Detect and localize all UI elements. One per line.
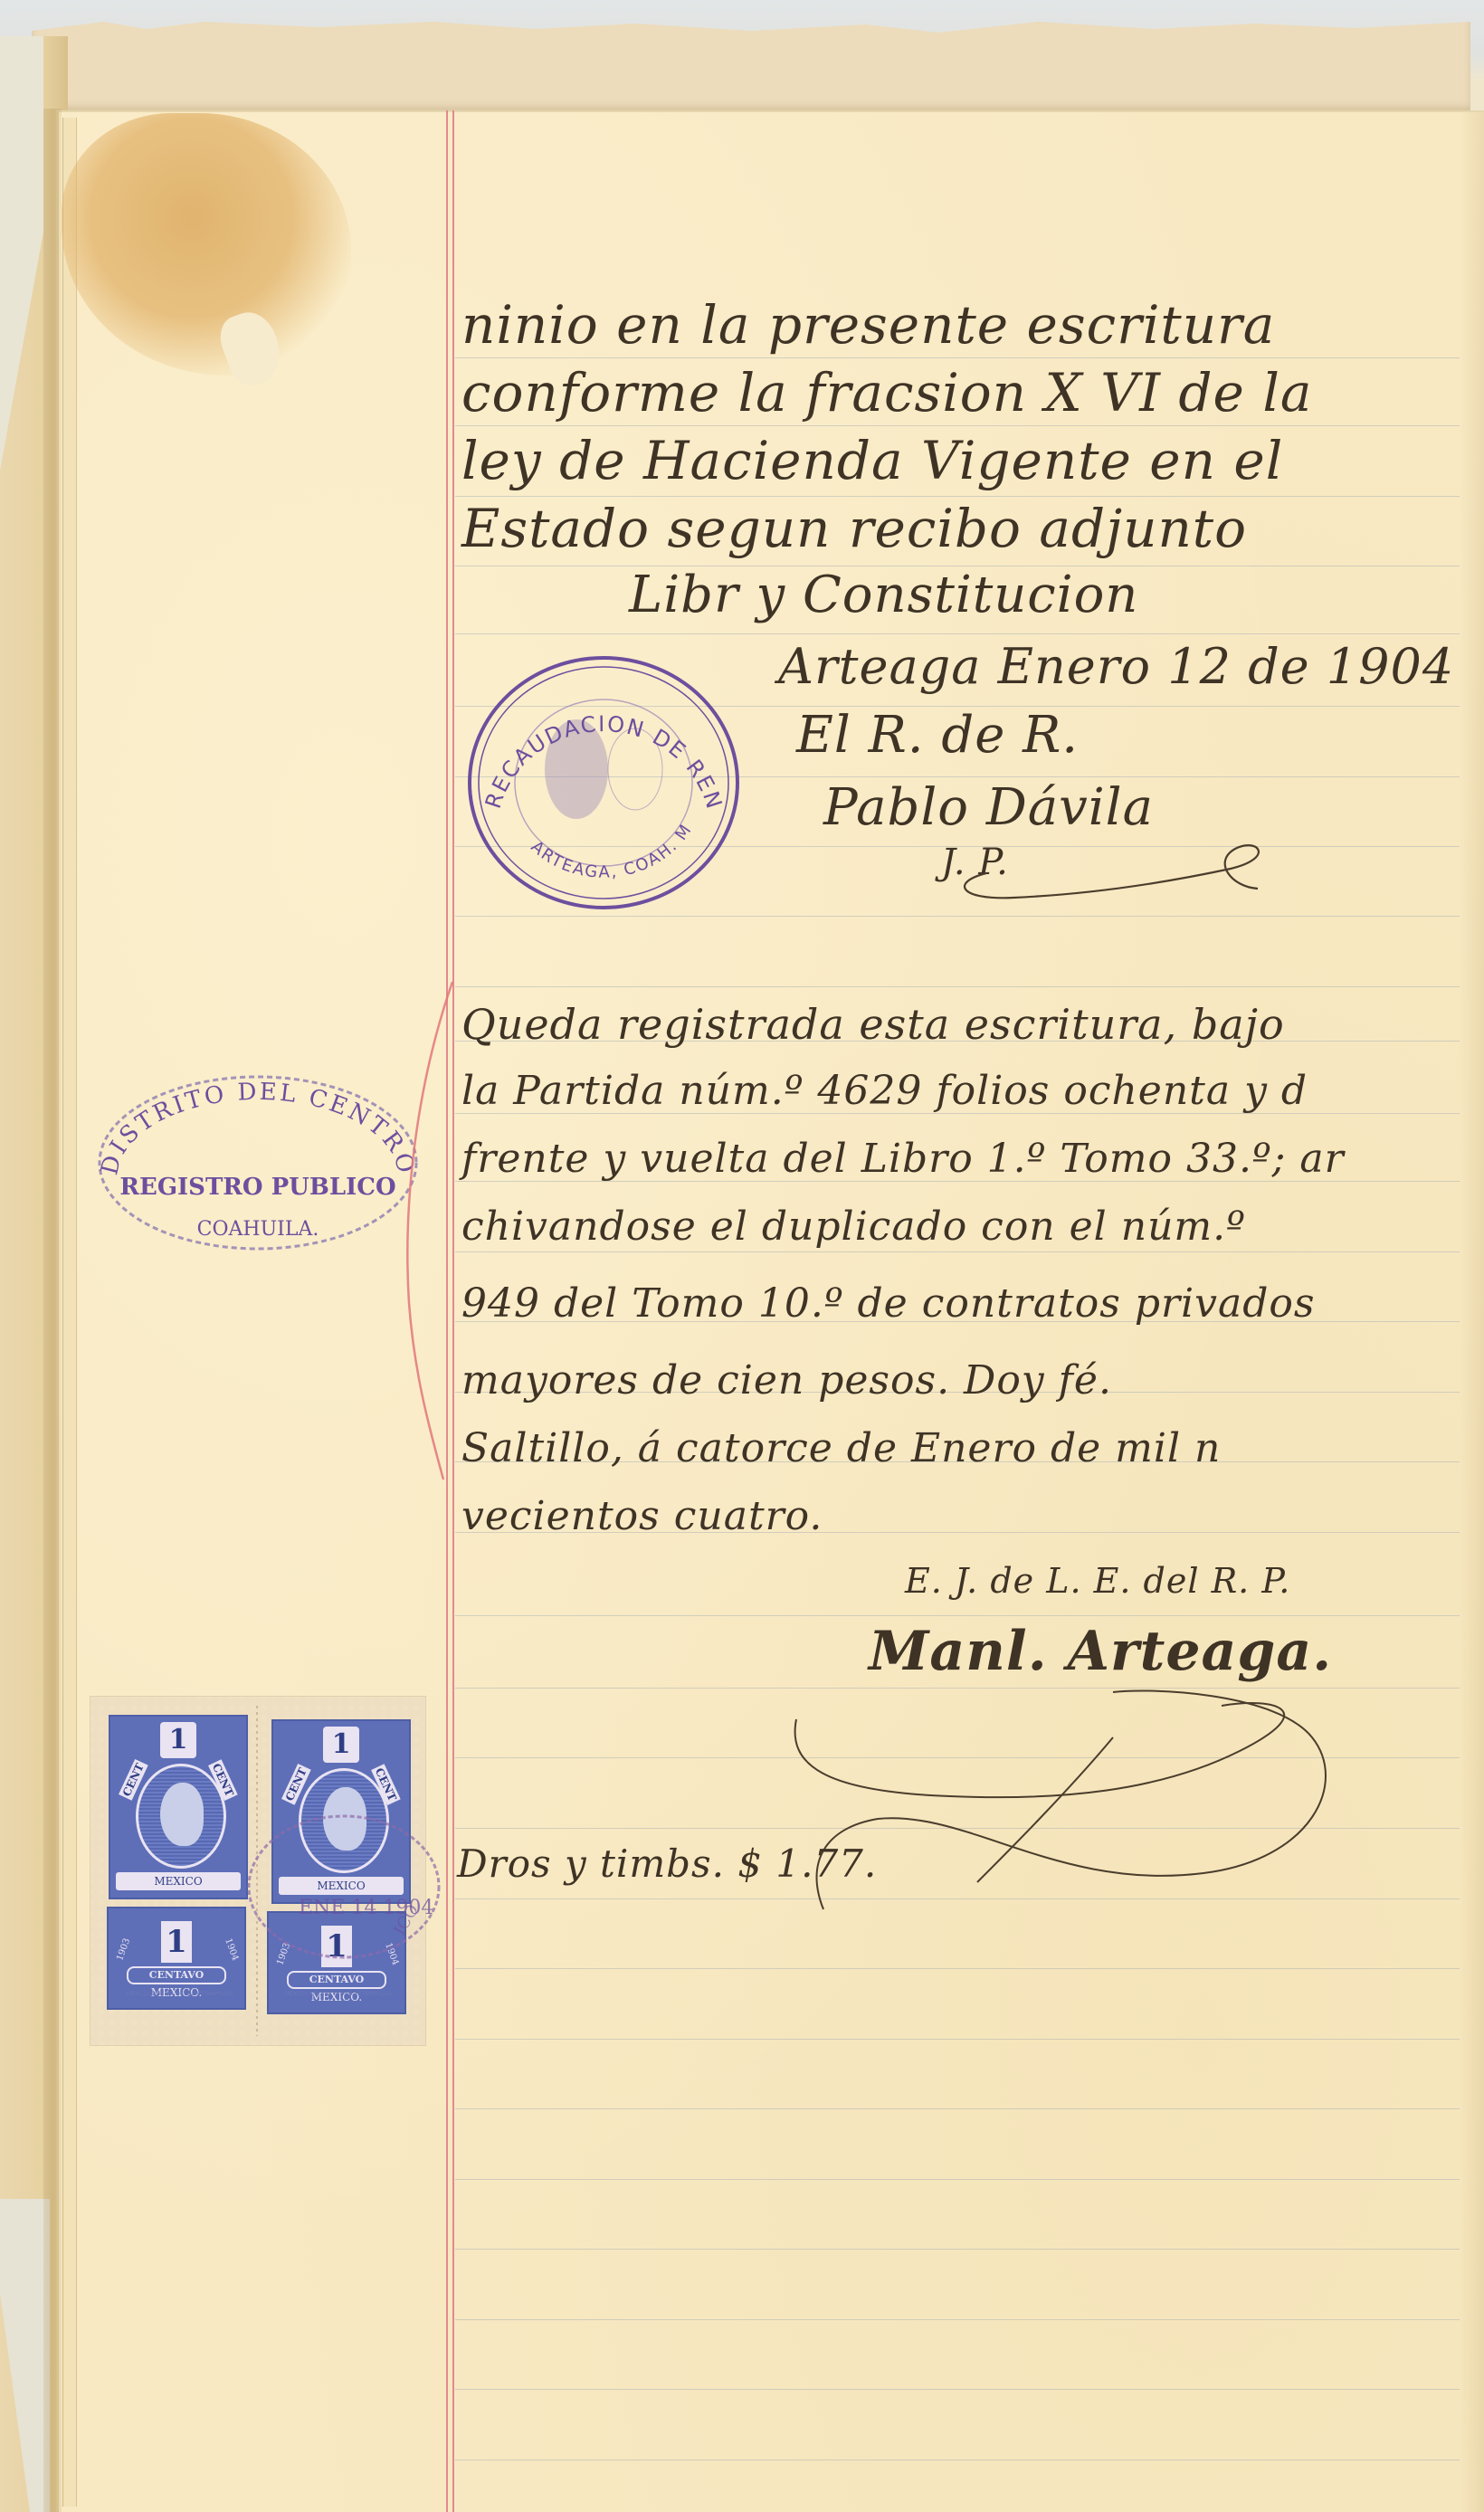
seal-date-cancellation: ENE 14 1904 ICO <box>235 1810 443 1964</box>
rule-line <box>455 1251 1460 1252</box>
rule-line <box>455 916 1460 917</box>
tax-note-line: conforme la fracsion X VI de la <box>461 362 1312 423</box>
rubric-flourish-icon <box>932 833 1312 905</box>
rule-line <box>455 1968 1460 1969</box>
page-crease <box>43 109 62 2512</box>
date-cancel-seal-icon: ENE 14 1904 ICO <box>235 1810 443 1964</box>
rule-line <box>455 1615 1460 1616</box>
rule-line <box>455 2179 1460 2180</box>
rule-line <box>455 425 1460 426</box>
stamp-value: 1 <box>161 1921 192 1963</box>
tax-note-line: ninio en la presente escritura <box>461 294 1275 356</box>
stamp-portrait-icon <box>136 1764 226 1869</box>
stamp-denomination: CENTAVO <box>127 1966 226 1984</box>
svg-text:DISTRITO DEL CENTRO: DISTRITO DEL CENTRO <box>96 1079 420 1178</box>
tax-note-line: Estado segun recibo adjunto <box>461 498 1247 559</box>
registration-line: vecientos cuatro. <box>461 1493 823 1539</box>
seal-recaudacion-de-rentas: RECAUDACION DE RENTAS. ARTEAGA, COAH. ME… <box>463 652 744 914</box>
red-pencil-mark-icon <box>398 977 471 1484</box>
tax-note-place-date: Arteaga Enero 12 de 1904 <box>778 638 1454 695</box>
tax-note-closing: Libr y Constitucion <box>629 566 1138 624</box>
stamp-imprint: MEXICO. OFICINA IMP. DE ESTAMPILLAS <box>127 1991 233 1997</box>
oval-seal-bottom-text: COAHUILA. <box>197 1218 319 1241</box>
fees-line: Dros y timbs. $ 1.77. <box>457 1841 877 1886</box>
stamp-denomination: CENTAVO <box>287 1971 386 1989</box>
rule-line <box>455 2108 1460 2109</box>
registration-line: chivandose el duplicado con el núm.º <box>461 1204 1246 1250</box>
registration-line: mayores de cien pesos. Doy fé. <box>461 1357 1112 1403</box>
registrar-office-line: E. J. de L. E. del R. P. <box>905 1561 1290 1601</box>
oval-seal-icon: DISTRITO DEL CENTRO REGISTRO PUBLICO COA… <box>90 1068 425 1258</box>
registrar-signature: Manl. Arteaga. <box>869 1620 1332 1683</box>
rule-line <box>455 496 1460 497</box>
tax-note-signer: Pablo Dávila <box>823 778 1154 837</box>
seal-registro-publico: DISTRITO DEL CENTRO REGISTRO PUBLICO COA… <box>90 1068 425 1258</box>
stamp-year-left: 1903 <box>115 1937 132 1963</box>
registration-line: Queda registrada esta escritura, bajo <box>461 1000 1285 1049</box>
rule-line <box>455 2389 1460 2390</box>
rule-line <box>455 633 1460 634</box>
page-binding-edge <box>62 118 77 2507</box>
stamp-value: 1 <box>273 1728 409 1760</box>
rule-line <box>455 2460 1460 2460</box>
oval-seal-middle-text: REGISTRO PUBLICO <box>119 1174 395 1201</box>
stamp-country: MEXICO <box>116 1872 241 1890</box>
registration-line: Saltillo, á catorce de Enero de mil n <box>461 1425 1221 1471</box>
rule-line <box>455 2039 1460 2040</box>
round-seal-icon: RECAUDACION DE RENTAS. ARTEAGA, COAH. ME… <box>463 652 744 914</box>
stamp-imprint: MEXICO. OFICINA IMP. DE ESTAMPILLAS <box>285 1991 392 1997</box>
rule-line <box>455 2249 1460 2250</box>
tax-note-line: ley de Hacienda Vigente en el <box>461 430 1283 491</box>
stamp-value: 1 <box>110 1724 246 1756</box>
postage-stamp-1-cent: 1 CENT CENT MEXICO <box>109 1715 248 1899</box>
tax-note-title: El R. de R. <box>796 706 1079 765</box>
rule-line <box>455 2319 1460 2320</box>
registration-line: 949 del Tomo 10.º de contratos privados <box>461 1280 1315 1327</box>
rule-line <box>455 986 1460 987</box>
oval-seal-top-text: DISTRITO DEL CENTRO <box>96 1079 420 1178</box>
rule-line <box>455 357 1460 358</box>
registration-line: frente y vuelta del Libro 1.º Tomo 33.º;… <box>461 1136 1345 1182</box>
registration-line: la Partida núm.º 4629 folios ochenta y d <box>461 1068 1308 1114</box>
